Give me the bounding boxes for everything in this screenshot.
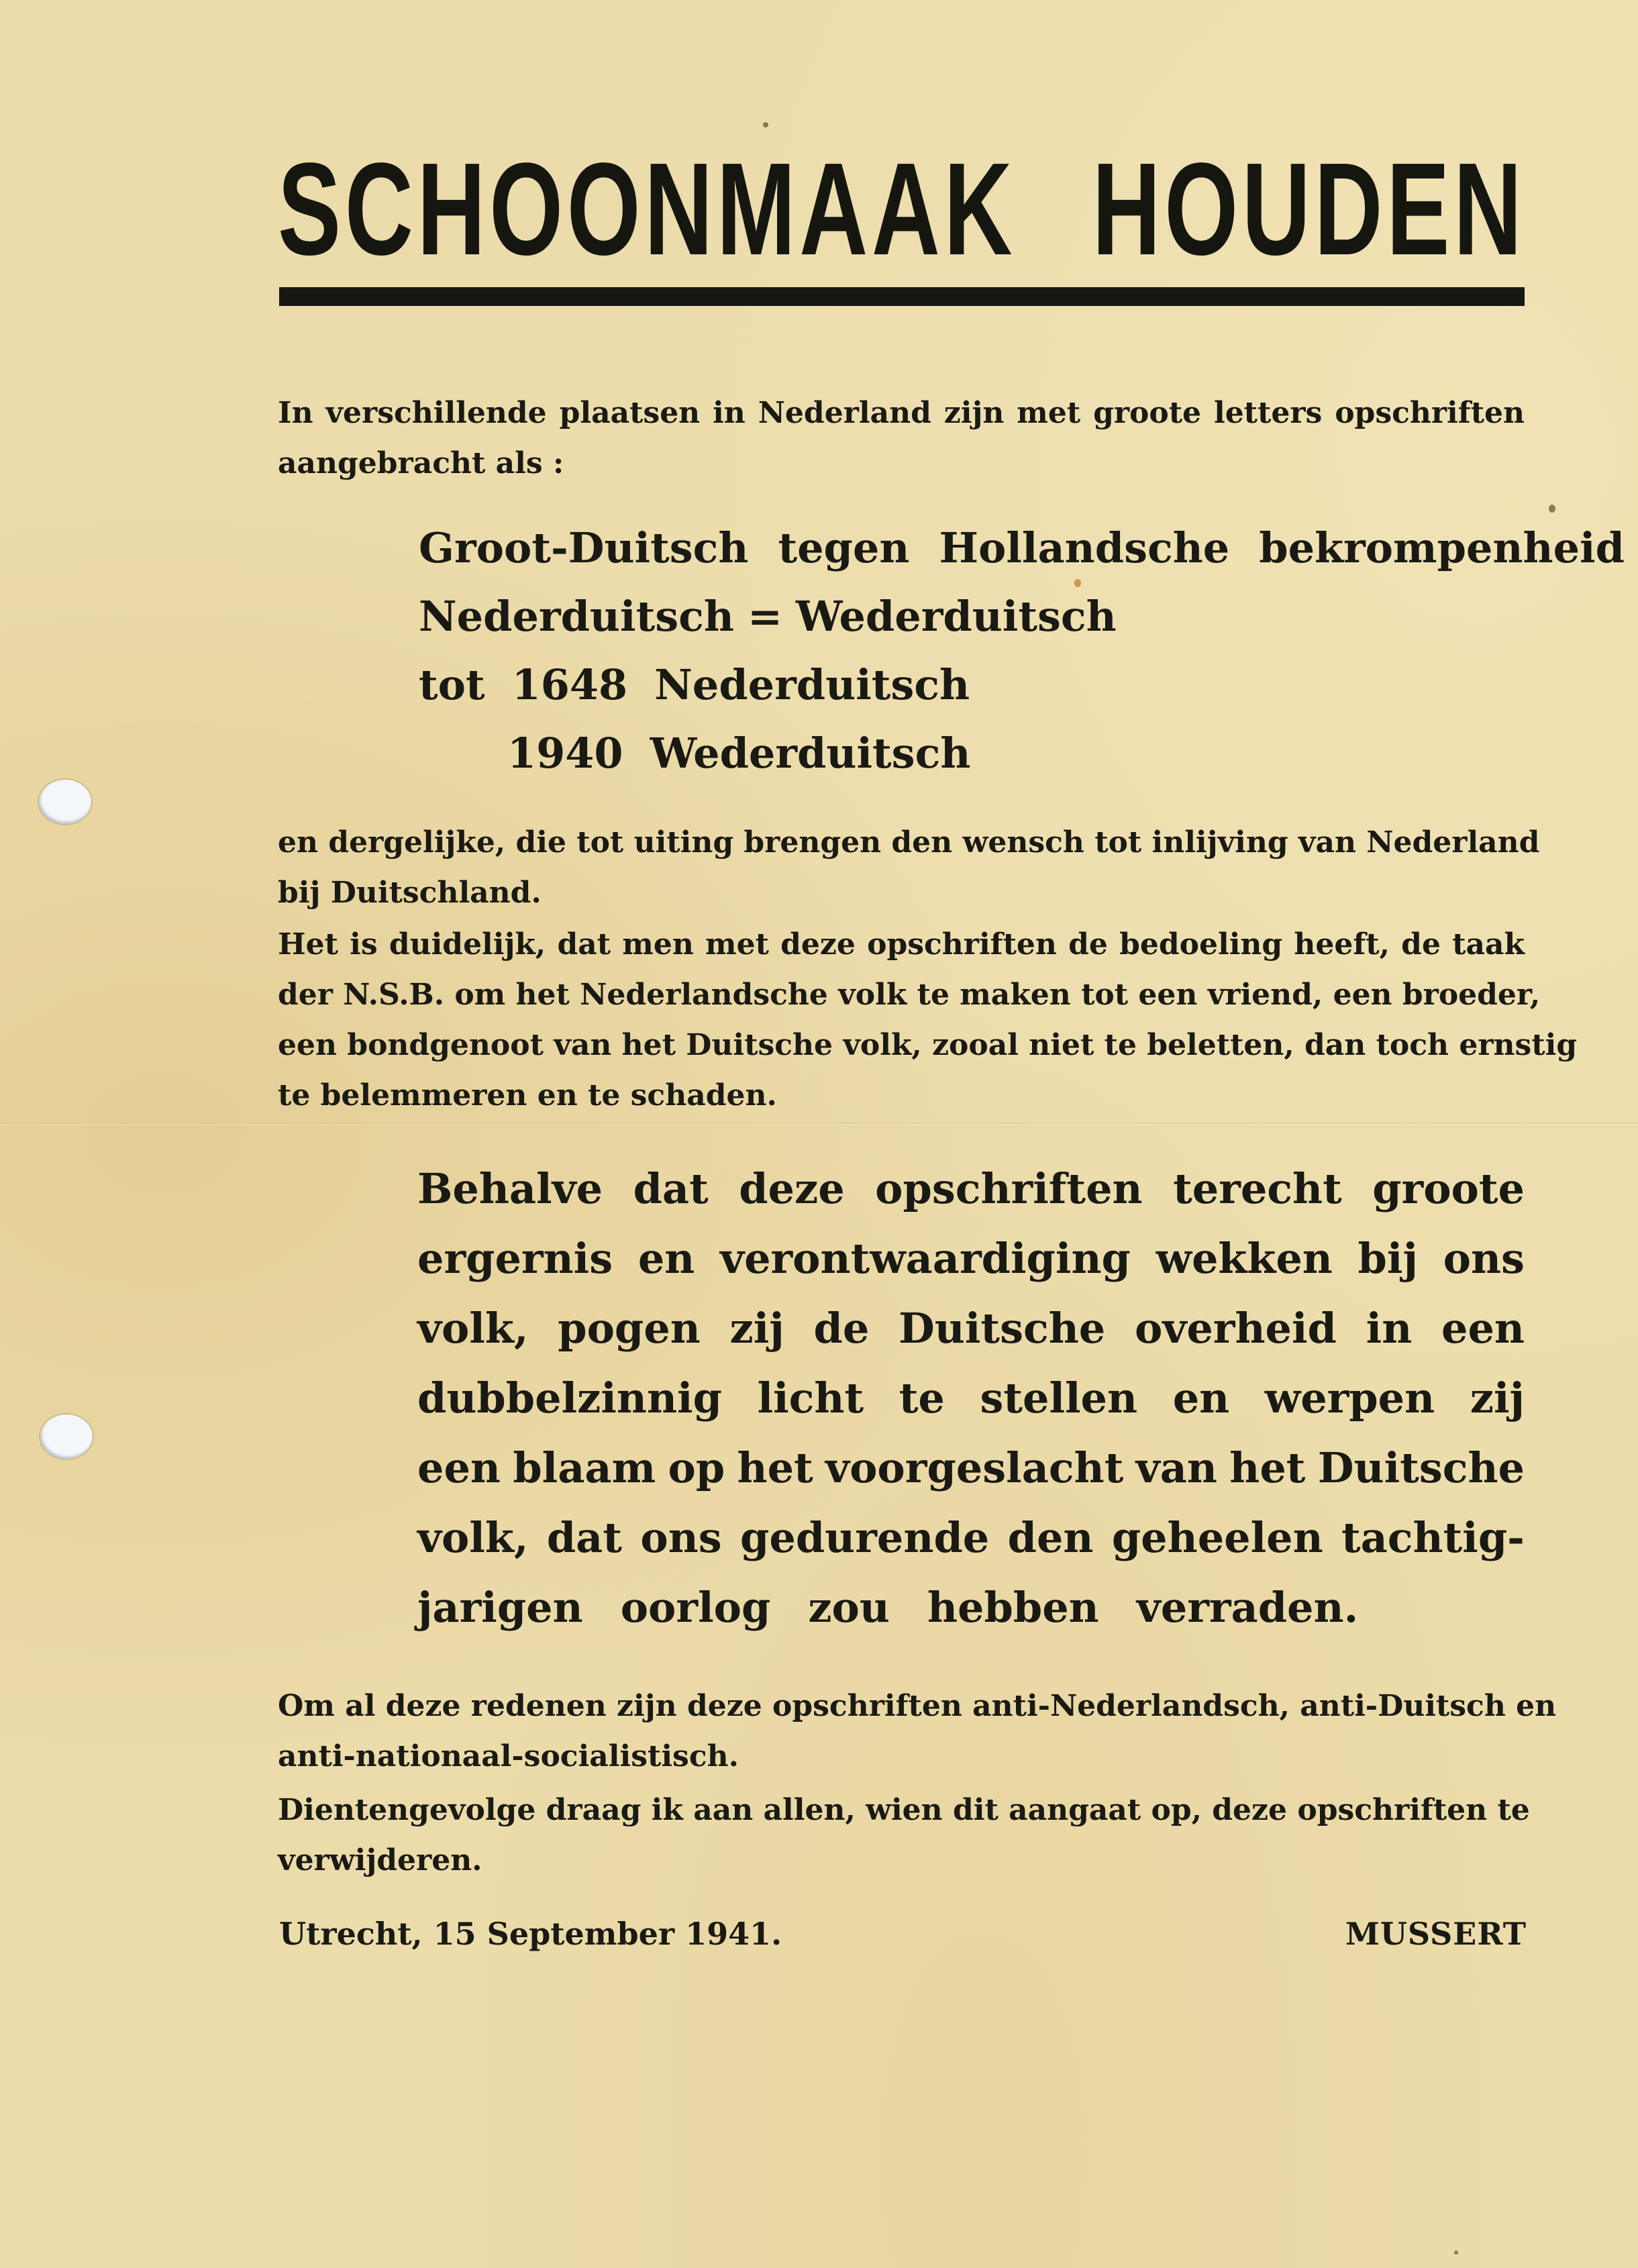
- emphasis-word: het: [1229, 1433, 1305, 1503]
- paragraph-2-line-3: een bondgenoot van het Duitsche volk, zo…: [278, 1020, 1525, 1070]
- paper-speck: [1454, 2251, 1458, 2255]
- paragraph-4: Dientengevolge draag ik aan allen, wien …: [278, 1785, 1525, 1886]
- slogan-word: Hollandsche: [939, 514, 1229, 582]
- emphasis-word: zij: [1470, 1363, 1525, 1433]
- slogan-word: Groot-Duitsch: [419, 514, 748, 582]
- signature: MUSSERT: [1345, 1916, 1527, 1952]
- emphasis-word: blaam: [513, 1433, 656, 1503]
- slogan-line-1: Groot-Duitsch tegen Hollandsche bekrompe…: [419, 514, 1625, 582]
- emphasis-word: de: [813, 1294, 869, 1363]
- slogan-line-3: tot 1648 Nederduitsch: [419, 651, 1625, 719]
- emphasis-word: en: [1173, 1363, 1230, 1433]
- emphasis-word: jarigen: [417, 1573, 583, 1643]
- slogan-word: tot: [419, 651, 485, 719]
- paragraph-3-line-1: Om al deze redenen zijn deze opschriften…: [278, 1681, 1525, 1731]
- emphasis-word: bij: [1358, 1224, 1418, 1294]
- emphasis-line-4: dubbelzinnig licht te stellen en werpen …: [417, 1363, 1525, 1433]
- emphasis-word: deze: [739, 1154, 844, 1224]
- slogan-list: Groot-Duitsch tegen Hollandsche bekrompe…: [419, 514, 1625, 788]
- emphasis-line-3: volk, pogen zij de Duitsche overheid in …: [417, 1294, 1525, 1363]
- emphasis-word: in: [1366, 1294, 1413, 1363]
- slogan-line-4: 1940 Wederduitsch: [419, 719, 1625, 788]
- emphasis-word: volk,: [417, 1294, 528, 1363]
- paragraph-4-line-2: verwijderen.: [278, 1835, 1525, 1886]
- emphasis-word: overheid: [1135, 1294, 1337, 1363]
- paragraph-2-line-4: te belemmeren en te schaden.: [278, 1070, 1525, 1121]
- emphasis-word: werpen: [1265, 1363, 1435, 1433]
- paragraph-2-line-2: der N.S.B. om het Nederlandsche volk te …: [278, 970, 1525, 1020]
- emphasis-word: verontwaardiging: [720, 1224, 1131, 1294]
- emphasis-word: een: [417, 1433, 501, 1503]
- emphasis-word: licht: [758, 1363, 864, 1433]
- paragraph-1-line-1: en dergelijke, die tot uiting brengen de…: [278, 817, 1525, 868]
- paragraph-2: Het is duidelijk, dat men met deze opsch…: [278, 919, 1525, 1121]
- emphasis-word: pogen: [558, 1294, 701, 1363]
- slogan-word: Wederduitsch: [796, 582, 1117, 651]
- headline-word-1: SCHOONMAAK: [278, 149, 1016, 270]
- emphasis-word: voorgeslacht: [825, 1433, 1123, 1503]
- emphasis-line-6: volk, dat ons gedurende den geheelen tac…: [417, 1503, 1525, 1573]
- emphasis-line-5: een blaam op het voorgeslacht van het Du…: [417, 1433, 1525, 1503]
- punch-hole-top: [39, 780, 91, 824]
- emphasis-word: den: [1008, 1503, 1094, 1573]
- slogan-word: =: [748, 582, 782, 651]
- slogan-word: Nederduitsch: [419, 582, 734, 651]
- emphasis-line-7: jarigen oorlog zou hebben verraden.: [417, 1573, 1525, 1643]
- emphasis-word: volk,: [417, 1503, 528, 1573]
- emphasis-word: tachtig-: [1341, 1503, 1525, 1573]
- emphasis-word: wekken: [1156, 1224, 1333, 1294]
- paragraph-3: Om al deze redenen zijn deze opschriften…: [278, 1681, 1525, 1782]
- emphasis-word: te: [899, 1363, 945, 1433]
- emphasis-word: oorlog: [621, 1573, 771, 1643]
- emphasis-word: Duitsche: [899, 1294, 1105, 1363]
- emphasis-word: opschriften: [875, 1154, 1143, 1224]
- emphasis-word: ergernis: [417, 1224, 613, 1294]
- emphasis-word: een: [1441, 1294, 1525, 1363]
- place-and-date: Utrecht, 15 September 1941.: [279, 1916, 782, 1952]
- intro-line-1: In verschillende plaatsen in Nederland z…: [278, 388, 1525, 438]
- emphasis-word: van: [1136, 1433, 1217, 1503]
- emphasis-word: stellen: [980, 1363, 1137, 1433]
- paper-speck: [1549, 505, 1555, 513]
- emphasis-word: en: [638, 1224, 695, 1294]
- emphasis-paragraph: Behalve dat deze opschriften terecht gro…: [417, 1154, 1525, 1643]
- slogan-word: Wederduitsch: [650, 719, 971, 788]
- slogan-word: 1648: [512, 651, 628, 719]
- intro-line-2: aangebracht als :: [278, 438, 1525, 488]
- slogan-word: tegen: [778, 514, 909, 582]
- emphasis-word: ons: [640, 1503, 721, 1573]
- emphasis-word: Duitsche: [1318, 1433, 1525, 1503]
- emphasis-word: zou: [808, 1573, 890, 1643]
- emphasis-word: Behalve: [417, 1154, 603, 1224]
- punch-hole-bottom: [40, 1414, 93, 1459]
- slogan-line-2: Nederduitsch = Wederduitsch: [419, 582, 1625, 651]
- slogan-word: 1940: [507, 719, 623, 788]
- paragraph-4-line-1: Dientengevolge draag ik aan allen, wien …: [278, 1785, 1525, 1835]
- slogan-word: Nederduitsch: [654, 651, 970, 719]
- paper-fold-crease: [0, 1123, 1638, 1125]
- emphasis-word: dat: [547, 1503, 622, 1573]
- paragraph-3-line-2: anti-nationaal-socialistisch.: [278, 1731, 1525, 1782]
- headline-word-2: HOUDEN: [1092, 149, 1526, 270]
- emphasis-word: verraden.: [1137, 1573, 1358, 1643]
- headline-underline-rule: [279, 287, 1525, 306]
- emphasis-word: dat: [633, 1154, 709, 1224]
- emphasis-line-1: Behalve dat deze opschriften terecht gro…: [417, 1154, 1525, 1224]
- emphasis-word: het: [737, 1433, 813, 1503]
- emphasis-word: groote: [1372, 1154, 1525, 1224]
- intro-paragraph: In verschillende plaatsen in Nederland z…: [278, 388, 1525, 488]
- emphasis-word: zij: [730, 1294, 784, 1363]
- emphasis-word: op: [668, 1433, 725, 1503]
- emphasis-word: terecht: [1173, 1154, 1342, 1224]
- paragraph-1-line-2: bij Duitschland.: [278, 868, 1525, 918]
- emphasis-word: geheelen: [1112, 1503, 1323, 1573]
- paragraph-1: en dergelijke, die tot uiting brengen de…: [278, 817, 1525, 918]
- emphasis-word: gedurende: [740, 1503, 989, 1573]
- emphasis-line-2: ergernis en verontwaardiging wekken bij …: [417, 1224, 1525, 1294]
- emphasis-word: dubbelzinnig: [417, 1363, 722, 1433]
- paragraph-2-line-1: Het is duidelijk, dat men met deze opsch…: [278, 919, 1525, 970]
- slogan-word: bekrompenheid: [1259, 514, 1625, 582]
- emphasis-word: ons: [1443, 1224, 1525, 1294]
- headline: SCHOONMAAK HOUDEN: [278, 149, 1526, 270]
- paper-speck: [763, 122, 768, 127]
- emphasis-word: hebben: [927, 1573, 1099, 1643]
